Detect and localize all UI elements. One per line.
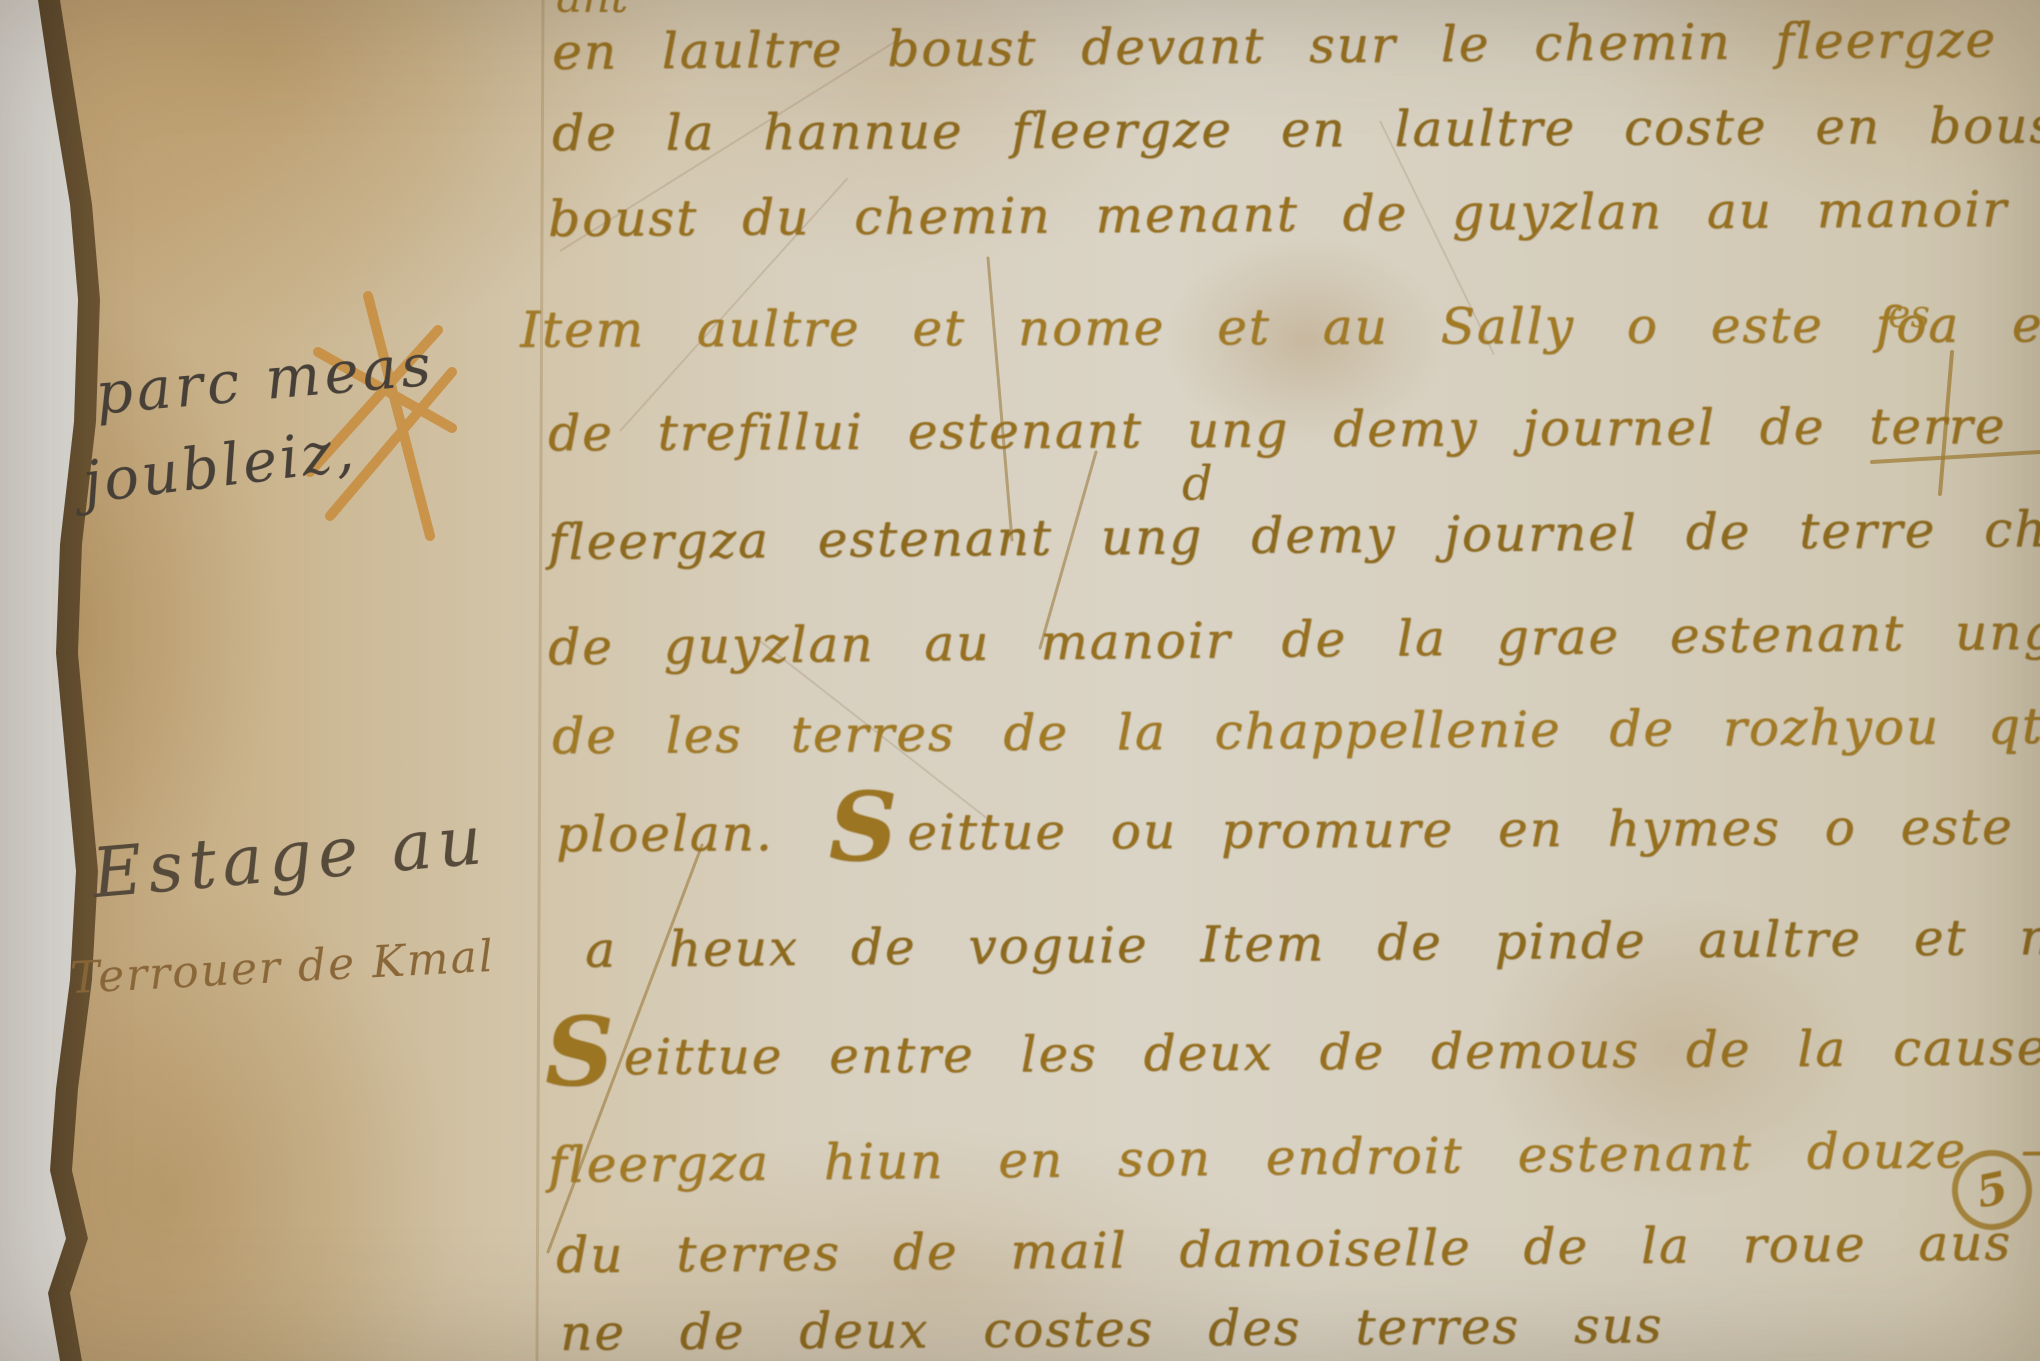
- manuscript-photo: en laultre boust devant sur le chemin fl…: [0, 0, 2040, 1361]
- manuscript-line: ploelan.Seittue ou promure en hymes o es…: [556, 796, 2040, 864]
- decorated-initial: S: [545, 996, 616, 1107]
- manuscript-line: de la hannue fleergze en laultre coste e…: [552, 96, 2040, 163]
- cut-top-fragment: ant: [556, 0, 628, 23]
- right-margin-fragment: es: [1888, 292, 1930, 336]
- manuscript-line: boust du chemin menant de guyzlan au man…: [548, 178, 2040, 248]
- interline-fragment: d: [1182, 456, 1213, 512]
- manuscript-line: Seittue entre les deux de demous de la c…: [545, 1016, 2040, 1086]
- decorated-initial: S: [828, 771, 899, 882]
- line-lead-word: ploelan.: [556, 804, 774, 863]
- line-text: eittue entre les deux de demous de la ca…: [623, 1017, 2040, 1086]
- manuscript-line: ne de deux costes des terres sus: [560, 1296, 1664, 1361]
- manuscript-line: de les terres de la chappellenie de rozh…: [552, 697, 2040, 766]
- line-text: eittue ou promure en hymes o este mais: [907, 797, 2040, 862]
- manuscript-line: Item aultre et nome et au Sally o este f…: [520, 295, 2040, 358]
- manuscript-line: de trefillui estenant ung demy journel d…: [548, 396, 2040, 463]
